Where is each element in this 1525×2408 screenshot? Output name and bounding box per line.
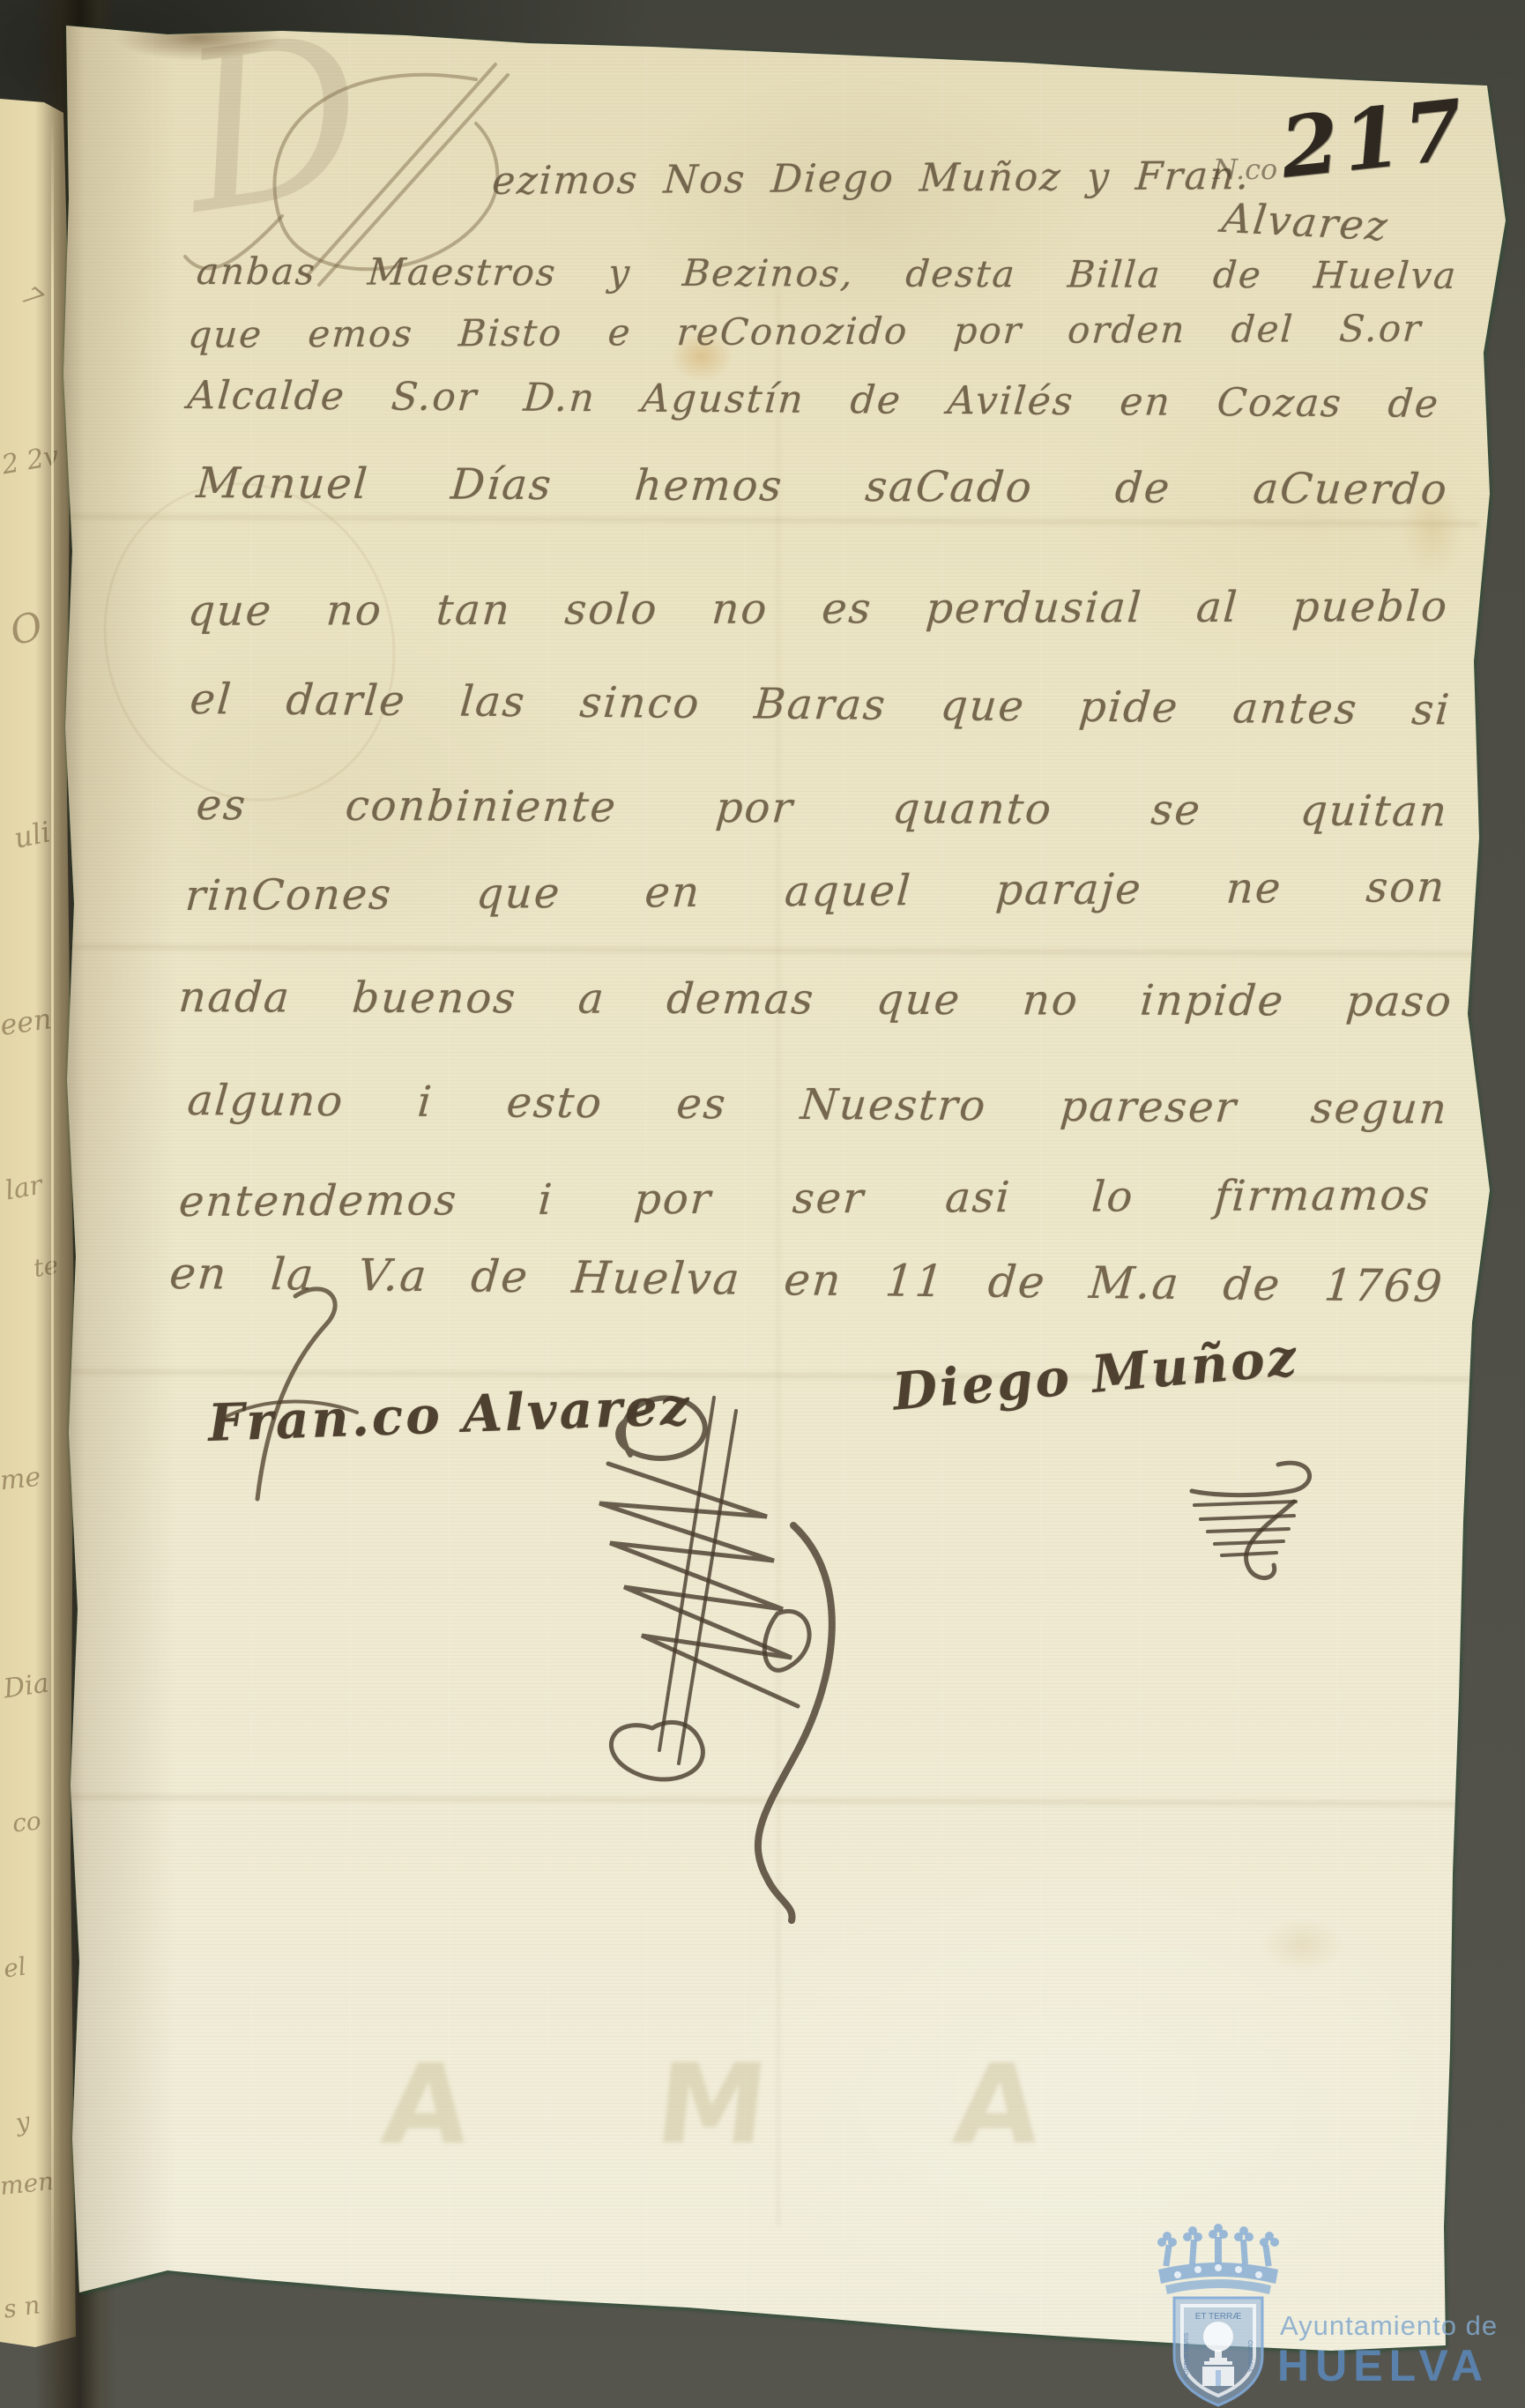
- manuscript-line: Alvarez: [1219, 194, 1391, 250]
- manuscript-line: rinCones que en aquel paraje ne son: [183, 862, 1447, 921]
- signature-diego-munoz: Diego Muñoz: [890, 1327, 1301, 1422]
- manuscript-line: que no tan solo no es perdusial al puebl…: [186, 582, 1450, 636]
- rubric-flourish-munoz: [1172, 1440, 1322, 1599]
- crest-motto-right: CUSTODIA: [1246, 2340, 1253, 2372]
- crest-motto-top: ET TERRÆ: [1195, 2312, 1241, 2322]
- manuscript-line: Manuel Días hemos saCado de aCuerdo: [195, 458, 1450, 514]
- manuscript-page: D ezimos Nos Diego Muñoz y Fran.Alvareza…: [53, 22, 1516, 2367]
- manuscript-line: nada buenos a demas que no inpide paso: [177, 973, 1454, 1026]
- rubric-flourish-alvarez: [547, 1349, 917, 1931]
- manuscript-line: alguno i esto es Nuestro pareser segun: [186, 1076, 1450, 1134]
- facing-page-text-fragment: el: [2, 1951, 28, 1983]
- manuscript-page-wrap: D ezimos Nos Diego Muñoz y Fran.Alvareza…: [53, 22, 1516, 2367]
- crown-trefoils: [1157, 2224, 1279, 2267]
- manuscript-line: ezimos Nos Diego Muñoz y Fran.: [491, 153, 1252, 204]
- manuscript-line: que emos Bisto e reConozido por orden de…: [187, 307, 1424, 356]
- watermark-letters-showthrough: A M A: [376, 2041, 1121, 2169]
- folio-number-prefix: N.co: [1213, 153, 1277, 186]
- crown-base: [1165, 2279, 1271, 2294]
- manuscript-line: entendemos i por ser asi lo firmamos: [177, 1171, 1432, 1226]
- crest-motto-left: PORTUS MARIS: [1184, 2332, 1190, 2379]
- facing-page-text-fragment: y: [13, 2106, 32, 2137]
- watermark-city-name: HUELVA: [1277, 2340, 1489, 2391]
- paper-stain: [1261, 1918, 1344, 1972]
- gutter-inner-shadow: [53, 22, 176, 2367]
- folio-number: 217: [1276, 81, 1472, 197]
- initial-capital-d: D: [168, 0, 379, 264]
- watermark-org-name: Ayuntamiento de: [1280, 2310, 1498, 2342]
- fold-crease: [60, 943, 1479, 958]
- huelva-crest-icon: ET TERRÆ PORTUS MARIS CUSTODIA: [1153, 2224, 1285, 2408]
- manuscript-line: anbas Maestros y Bezinos, desta Billa de…: [195, 250, 1459, 297]
- manuscript-line: Alcalde S.or D.n Agustín de Avilés en Co…: [186, 373, 1441, 427]
- manuscript-line: es conbiniente por quanto se quitan: [195, 780, 1450, 836]
- archival-scan-background: 72 2vOulieenlartemeDiacoelymens n D: [0, 0, 1525, 2408]
